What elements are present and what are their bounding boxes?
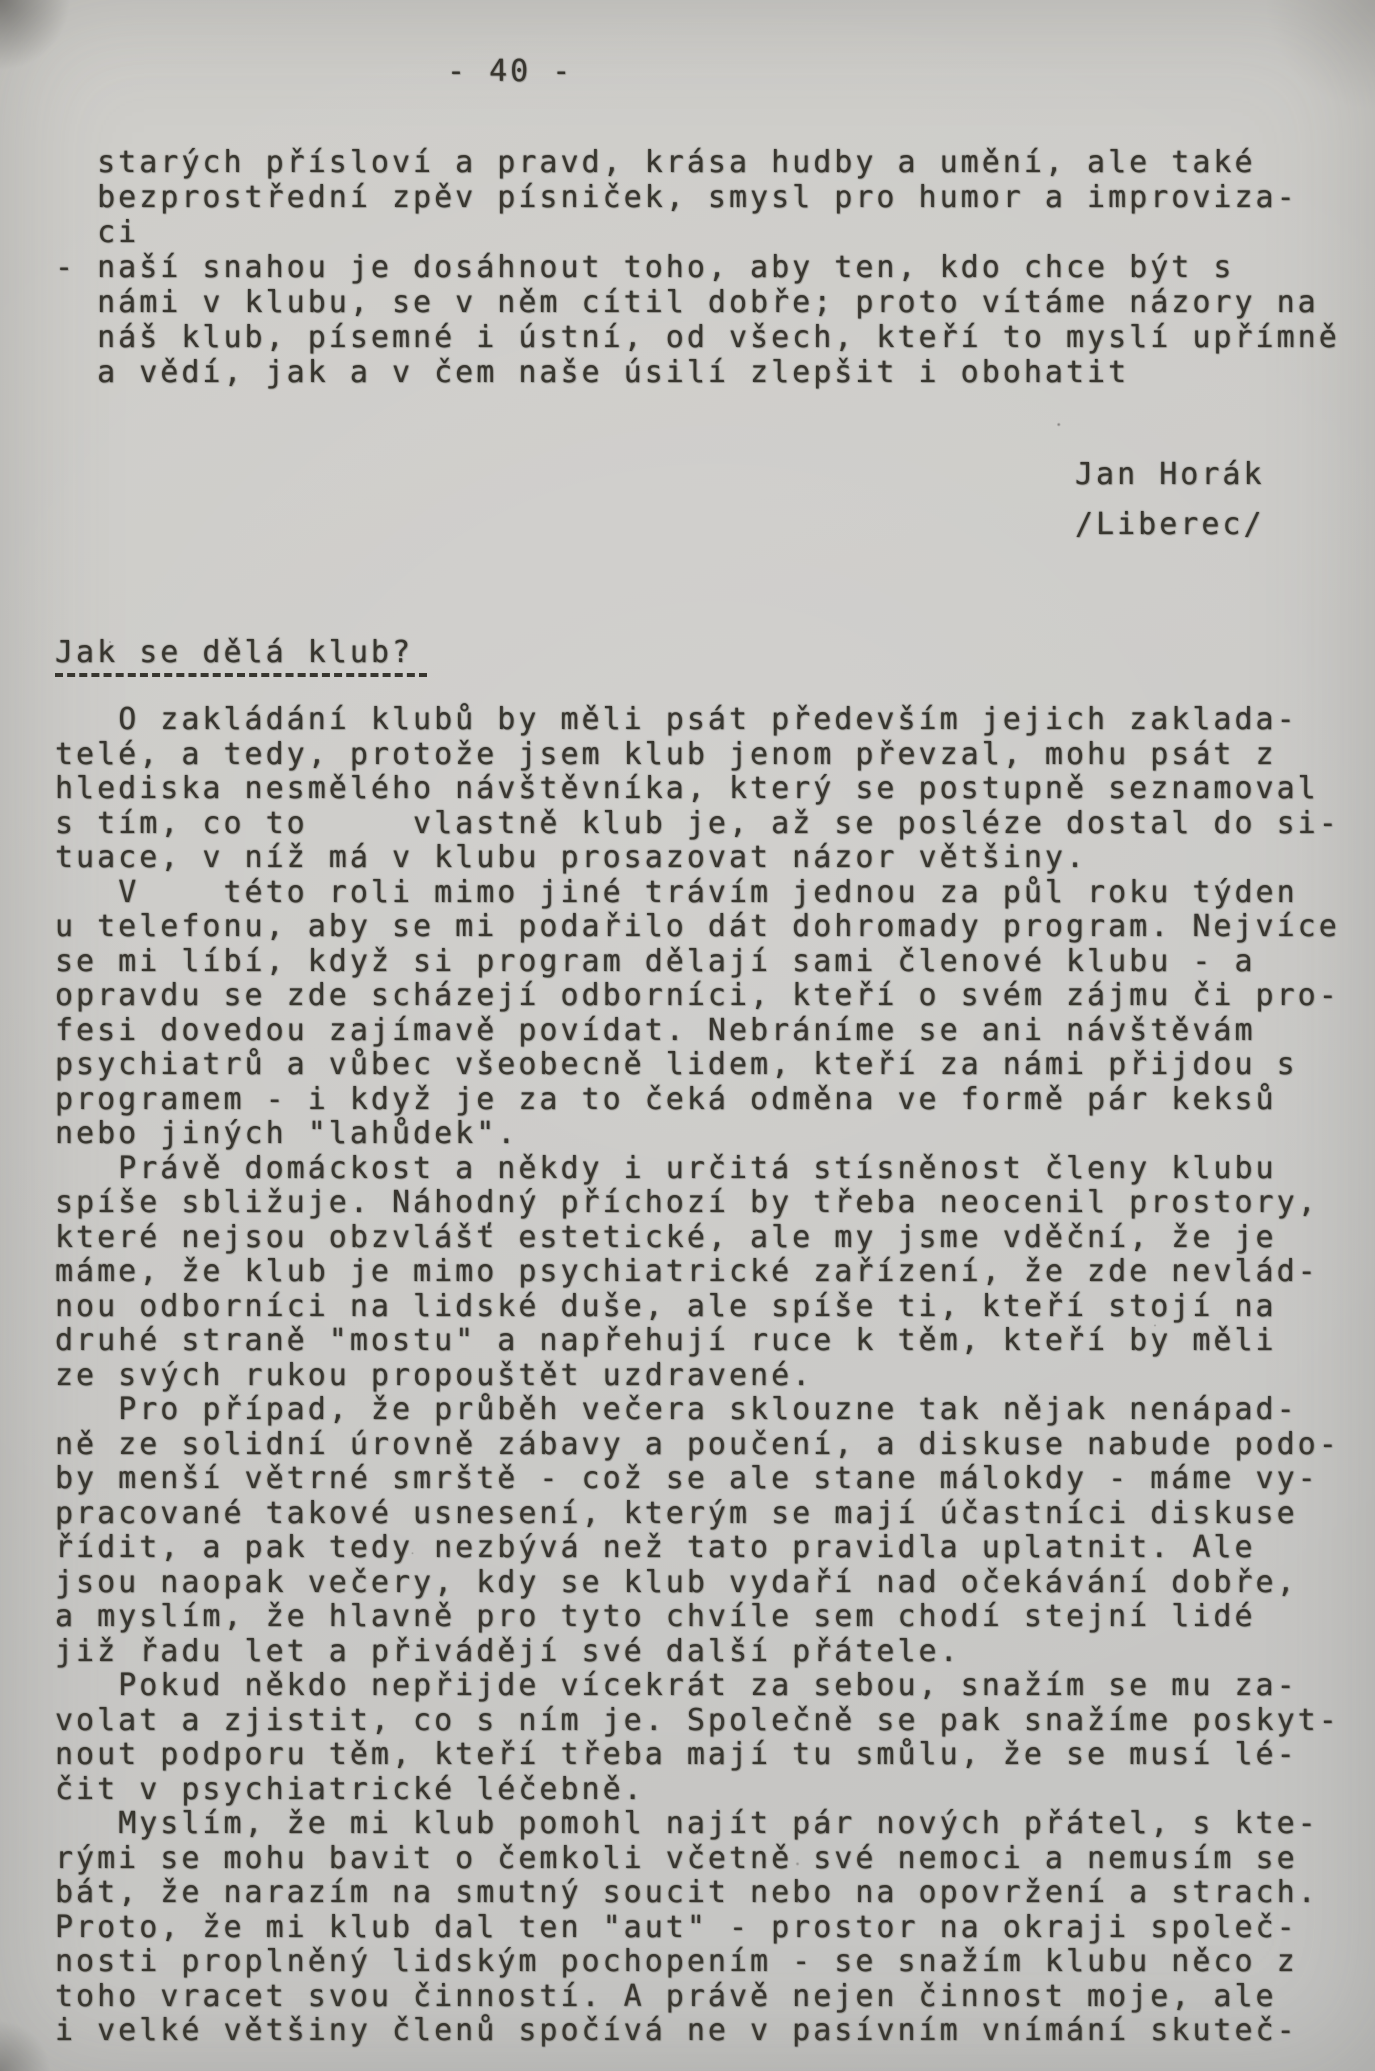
intro-list-continuation: starých přísloví a pravd, krása hudby a … (55, 145, 1375, 390)
paragraph: Pokud někdo nepřijde vícekrát za sebou, … (55, 1669, 1375, 1807)
signature-block: Jan Horák /Liberec/ (1075, 450, 1375, 550)
document-body: O zakládání klubů by měli psát především… (55, 703, 1375, 2049)
paragraph: Právě domáckost a někdy i určitá stísněn… (55, 1152, 1375, 1394)
paragraph: O zakládání klubů by měli psát především… (55, 703, 1375, 876)
paragraph: Pro případ, že průběh večera sklouzne ta… (55, 1393, 1375, 1669)
section-heading: Jak se dělá klub? (55, 635, 1375, 677)
scanned-document-page: - 40 - starých přísloví a pravd, krása h… (0, 0, 1375, 2071)
paragraph: Myslím, že mi klub pomohl najít pár nový… (55, 1807, 1375, 2049)
signature-name: Jan Horák (1075, 450, 1375, 500)
signature-place: /Liberec/ (1075, 500, 1375, 550)
page-number: - 40 - (447, 0, 1375, 89)
section-heading-text: Jak se dělá klub? (55, 635, 427, 677)
paragraph: V této roli mimo jiné trávím jednou za p… (55, 876, 1375, 1152)
